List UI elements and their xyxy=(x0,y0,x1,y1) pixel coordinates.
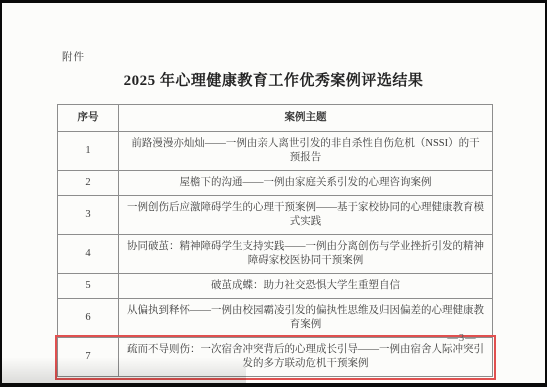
row-case-topic-cell: 协同破茧：精神障碍学生支持实践——一例由分离创伤与学业挫折引发的精神障碍家校医协… xyxy=(119,235,493,274)
row-serial-number-cell: 3 xyxy=(58,196,119,235)
results-table-body: 1前路漫漫亦灿灿——一例由亲人离世引发的非自杀性自伤危机（NSSI）的干预报告2… xyxy=(58,132,493,377)
attachment-label: 附件 xyxy=(62,49,85,64)
row-serial-number-cell: 2 xyxy=(58,171,119,196)
row-serial-number-cell: 4 xyxy=(58,235,119,274)
row-case-topic-cell: 前路漫漫亦灿灿——一例由亲人离世引发的非自杀性自伤危机（NSSI）的干预报告 xyxy=(119,132,493,171)
photo-frame: 附件 2025 年心理健康教育工作优秀案例评选结果 序号 案例主题 1前路漫漫亦… xyxy=(0,0,547,387)
page-title: 2025 年心理健康教育工作优秀案例评选结果 xyxy=(2,69,545,90)
row-serial-number-cell: 5 xyxy=(58,274,119,299)
table-row: 1前路漫漫亦灿灿——一例由亲人离世引发的非自杀性自伤危机（NSSI）的干预报告 xyxy=(58,132,493,171)
col-header-serial-number: 序号 xyxy=(58,105,119,132)
table-row: 4协同破茧：精神障碍学生支持实践——一例由分离创伤与学业挫折引发的精神障碍家校医… xyxy=(58,235,493,274)
row-case-topic-cell: 破茧成蝶：助力社交恐惧大学生重塑自信 xyxy=(119,274,493,299)
table-header-row: 序号 案例主题 xyxy=(58,105,493,132)
row-case-topic-cell: 屋檐下的沟通——一例由家庭关系引发的心理咨询案例 xyxy=(119,171,493,196)
results-table: 序号 案例主题 1前路漫漫亦灿灿——一例由亲人离世引发的非自杀性自伤危机（NSS… xyxy=(57,104,493,377)
row-serial-number-cell: 1 xyxy=(58,132,119,171)
page-number: —3— xyxy=(430,333,494,344)
col-header-case-topic: 案例主题 xyxy=(119,105,493,132)
document-page: 附件 2025 年心理健康教育工作优秀案例评选结果 序号 案例主题 1前路漫漫亦… xyxy=(2,3,545,383)
row-serial-number-cell: 7 xyxy=(58,338,119,377)
row-serial-number-cell: 6 xyxy=(58,299,119,338)
table-row: 6从偏执到释怀——一例由校园霸凌引发的偏执性思维及归因偏差的心理健康教育案例 xyxy=(58,299,493,338)
table-row: 2屋檐下的沟通——一例由家庭关系引发的心理咨询案例 xyxy=(58,171,493,196)
table-row: 7疏而不导则伤：一次宿舍冲突背后的心理成长引导——一例由宿舍人际冲突引发的多方联… xyxy=(58,338,493,377)
table-row: 5破茧成蝶：助力社交恐惧大学生重塑自信 xyxy=(58,274,493,299)
row-case-topic-cell: 一例创伤后应激障碍学生的心理干预案例——基于家校协同的心理健康教育模式实践 xyxy=(119,196,493,235)
table-row: 3一例创伤后应激障碍学生的心理干预案例——基于家校协同的心理健康教育模式实践 xyxy=(58,196,493,235)
row-case-topic-cell: 从偏执到释怀——一例由校园霸凌引发的偏执性思维及归因偏差的心理健康教育案例 xyxy=(119,299,493,338)
